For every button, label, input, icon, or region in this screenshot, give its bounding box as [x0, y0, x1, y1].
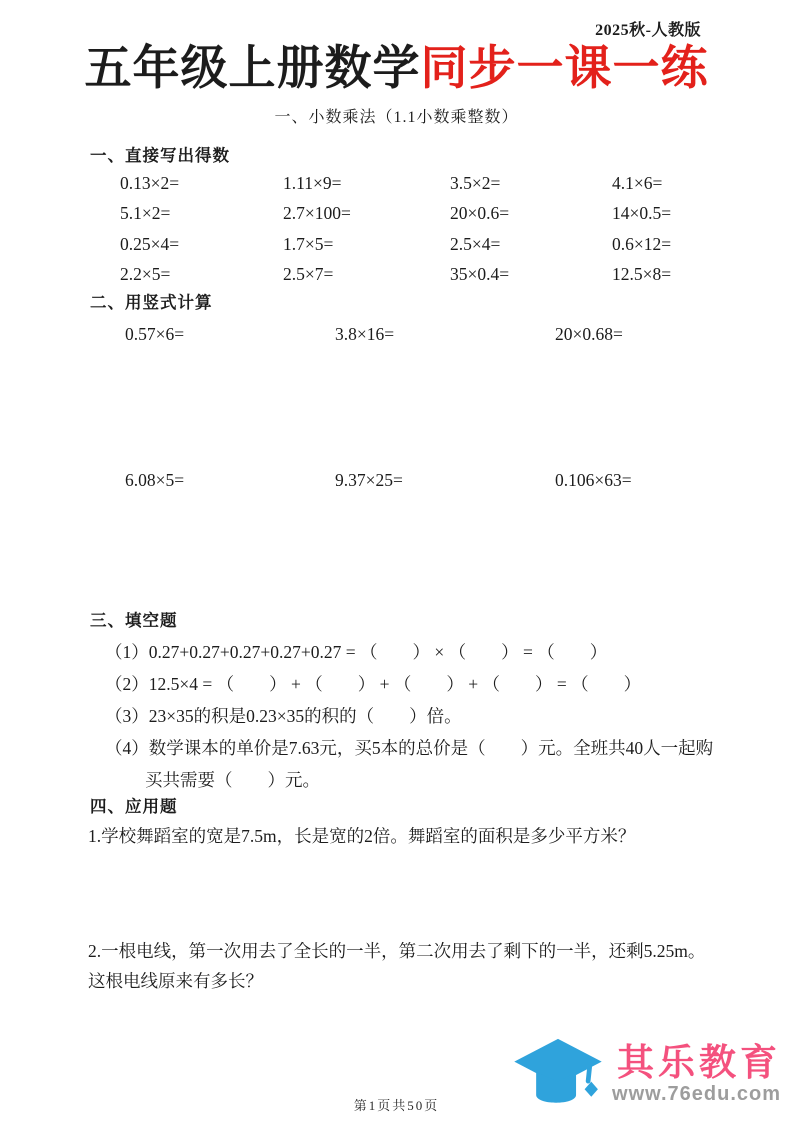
title-black-part: 五年级上册数学 [85, 43, 421, 95]
fill-blank-item: （4）数学课本的单价是7.63元，买5本的总价是（ ）元。全班共40人一起购 [105, 732, 793, 764]
math-problem: 0.25×4= [120, 234, 283, 255]
section-heading-word-problems: 四、应用题 [90, 796, 793, 818]
math-problem: 20×0.68= [555, 322, 793, 346]
math-problem: 0.13×2= [120, 173, 283, 194]
math-problem: 0.6×12= [612, 234, 793, 255]
logo-website-url: www.76edu.com [612, 1083, 781, 1105]
page-title: 五年级上册数学同步一课一练 [0, 0, 793, 98]
fill-blank-item-continuation: 买共需要（ ）元。 [105, 764, 793, 796]
math-problem: 2.5×4= [450, 234, 612, 255]
oral-problems-grid: 0.13×2= 1.11×9= 3.5×2= 4.1×6= 5.1×2= 2.7… [120, 168, 793, 290]
fill-blank-item: （1）0.27+0.27+0.27+0.27+0.27 = （ ） × （ ） … [105, 636, 793, 668]
math-problem: 9.37×25= [335, 468, 555, 492]
math-problem: 1.11×9= [283, 173, 450, 194]
math-problem: 4.1×6= [612, 173, 793, 194]
math-problem: 6.08×5= [125, 468, 335, 492]
math-problem: 2.2×5= [120, 264, 283, 285]
section-heading-vertical-calc: 二、用竖式计算 [90, 292, 793, 314]
math-problem: 20×0.6= [450, 203, 612, 224]
title-red-part: 同步一课一练 [421, 43, 709, 95]
edition-label: 2025秋-人教版 [595, 17, 701, 40]
word-problem: 1.学校舞蹈室的宽是7.5m，长是宽的2倍。舞蹈室的面积是多少平方米？ [88, 824, 793, 848]
math-problem: 14×0.5= [612, 203, 793, 224]
math-problem: 0.106×63= [555, 468, 793, 492]
lesson-subtitle: 一、小数乘法（1.1小数乘整数） [0, 106, 793, 130]
math-problem: 12.5×8= [612, 264, 793, 285]
math-problem: 3.5×2= [450, 173, 612, 194]
math-problem: 1.7×5= [283, 234, 450, 255]
vertical-problems-row: 6.08×5= 9.37×25= 0.106×63= [125, 468, 793, 492]
word-problem-continuation: 这根电线原来有多长？ [88, 966, 793, 996]
vertical-problems-row: 0.57×6= 3.8×16= 20×0.68= [125, 322, 793, 346]
worksheet-page: 2025秋-人教版 五年级上册数学同步一课一练 一、小数乘法（1.1小数乘整数）… [0, 0, 793, 1122]
math-problem: 2.7×100= [283, 203, 450, 224]
math-problem: 0.57×6= [125, 322, 335, 346]
section-heading-fill-blanks: 三、填空题 [90, 610, 793, 632]
logo-text-block: 其乐教育 www.76edu.com [612, 1043, 781, 1105]
word-problem: 2.一根电线，第一次用去了全长的一半，第二次用去了剩下的一半，还剩5.25m。 [88, 936, 793, 966]
logo-brand-name: 其乐教育 [617, 1043, 781, 1083]
fill-blank-item: （2）12.5×4 = （ ） + （ ） + （ ） + （ ） = （ ） [105, 668, 793, 700]
section-heading-oral-calc: 一、直接写出得数 [90, 145, 793, 167]
math-problem: 3.8×16= [335, 322, 555, 346]
graduation-cap-icon [510, 1036, 606, 1112]
math-problem: 35×0.4= [450, 264, 612, 285]
math-problem: 2.5×7= [283, 264, 450, 285]
site-logo: 其乐教育 www.76edu.com [510, 1036, 781, 1112]
math-problem: 5.1×2= [120, 203, 283, 224]
fill-blank-item: （3）23×35的积是0.23×35的积的（ ）倍。 [105, 700, 793, 732]
fill-blank-items: （1）0.27+0.27+0.27+0.27+0.27 = （ ） × （ ） … [105, 636, 793, 796]
